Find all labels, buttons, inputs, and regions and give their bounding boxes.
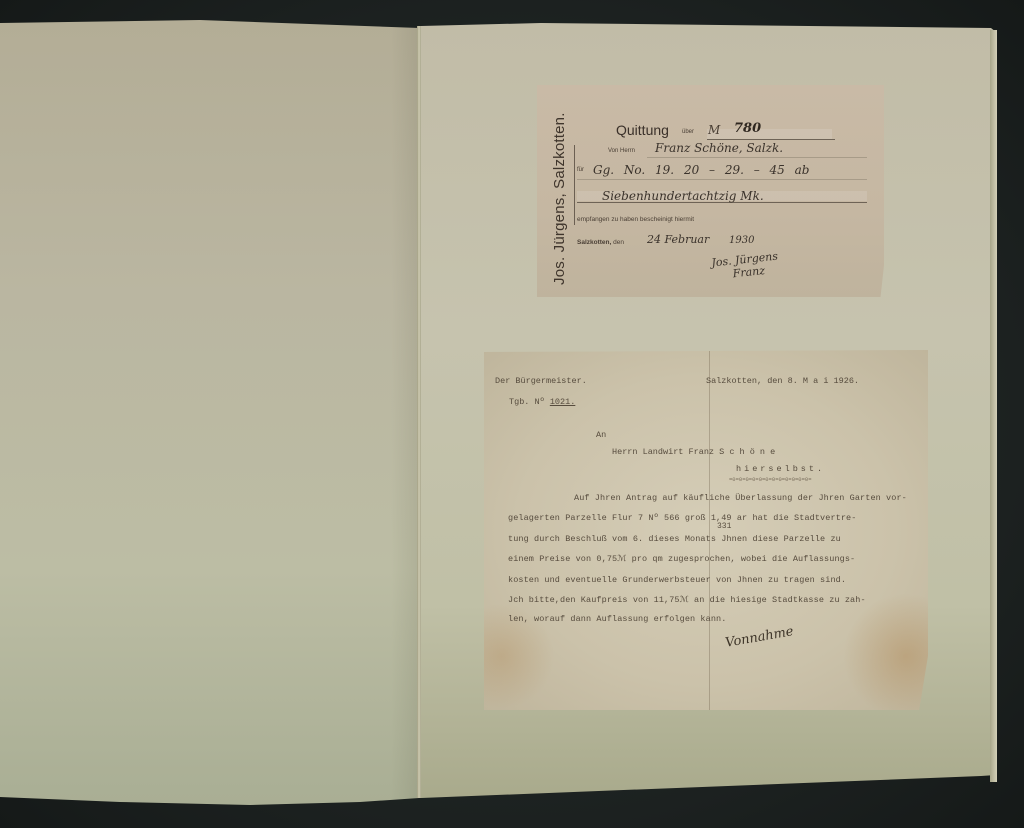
payment-purpose: Gg. No. 19. 20 – 29. – 45 ab	[593, 163, 809, 177]
photo-scene: Jos. Jürgens, Salzkotten. Quittung über …	[0, 0, 1024, 828]
amount-in-words: Siebenhundertachtzig Mk.	[602, 189, 764, 203]
letter-place-date: Salzkotten, den 8. M a i 1926.	[706, 376, 859, 386]
letter-body-line: tung durch Beschluß vom 6. dieses Monats…	[508, 534, 841, 544]
von-herrn-rule	[647, 157, 867, 158]
letter-body-line: gelagerten Parzelle Flur 7 Nº 566 groß 1…	[508, 513, 856, 523]
von-herrn-label: Von Herrn	[608, 148, 635, 154]
received-statement: empfangen zu haben bescheinigt hiermit	[577, 216, 694, 223]
letter-recipient: Herrn Landwirt Franz S c h ö n e	[612, 447, 775, 457]
den-label: den	[613, 239, 624, 246]
letter-body-line: len, worauf dann Auflassung erfolgen kan…	[508, 614, 726, 624]
currency-mark: M	[708, 123, 720, 137]
letter-body-line: Jch bitte,den Kaufpreis von 11,75ℳ an di…	[508, 595, 866, 605]
receipt-document: Jos. Jürgens, Salzkotten. Quittung über …	[537, 85, 884, 297]
receipt-amount: 780	[734, 121, 761, 136]
letter-sender: Der Bürgermeister.	[495, 376, 587, 386]
letter-reference: Tgb. Nº 1021.	[509, 397, 575, 407]
typed-divider: =0=0=0=0=0=0=0=0=0=0=0=0=	[729, 476, 812, 483]
fuer-rule	[577, 179, 867, 180]
letter-body-line: Auf Jhren Antrag auf käufliche Überlassu…	[574, 493, 907, 503]
letter-an: An	[596, 430, 606, 440]
letter-body-line: einem Preise von 0,75ℳ pro qm zugesproch…	[508, 554, 855, 564]
place-date-line: Salzkotten, den	[577, 239, 624, 246]
amount-rule	[707, 139, 835, 140]
book-spine	[417, 26, 421, 798]
tgb-number: 1021.	[550, 397, 576, 407]
payer-name: Franz Schöne, Salzk.	[655, 141, 783, 155]
receipt-year: 1930	[729, 235, 754, 246]
ueber-label: über	[682, 129, 694, 135]
page-stack-edge	[990, 30, 997, 782]
amount-band	[707, 129, 832, 139]
fuer-label: für	[577, 167, 584, 173]
place-label: Salzkotten,	[577, 239, 611, 246]
receipt-title: Quittung	[616, 122, 669, 138]
receipt-date: 24 Februar	[647, 233, 709, 246]
parcel-fraction: 331	[717, 522, 731, 531]
left-blank-page	[0, 20, 419, 805]
mayor-letter-document: Der Bürgermeister. Salzkotten, den 8. M …	[484, 350, 928, 710]
fold-crease	[709, 350, 710, 710]
receipt-letterhead: Jos. Jürgens, Salzkotten.	[551, 112, 568, 285]
tgb-label: Tgb. Nº	[509, 397, 545, 407]
receipt-signature: Jos. Jürgens Franz	[711, 250, 780, 283]
recipient-locality: hierselbst.	[736, 464, 825, 474]
letter-body-line: kosten und eventuelle Grunderwerbsteuer …	[508, 575, 846, 585]
letterhead-rule	[574, 145, 575, 225]
letter-signature: Vonnahme	[724, 624, 794, 651]
